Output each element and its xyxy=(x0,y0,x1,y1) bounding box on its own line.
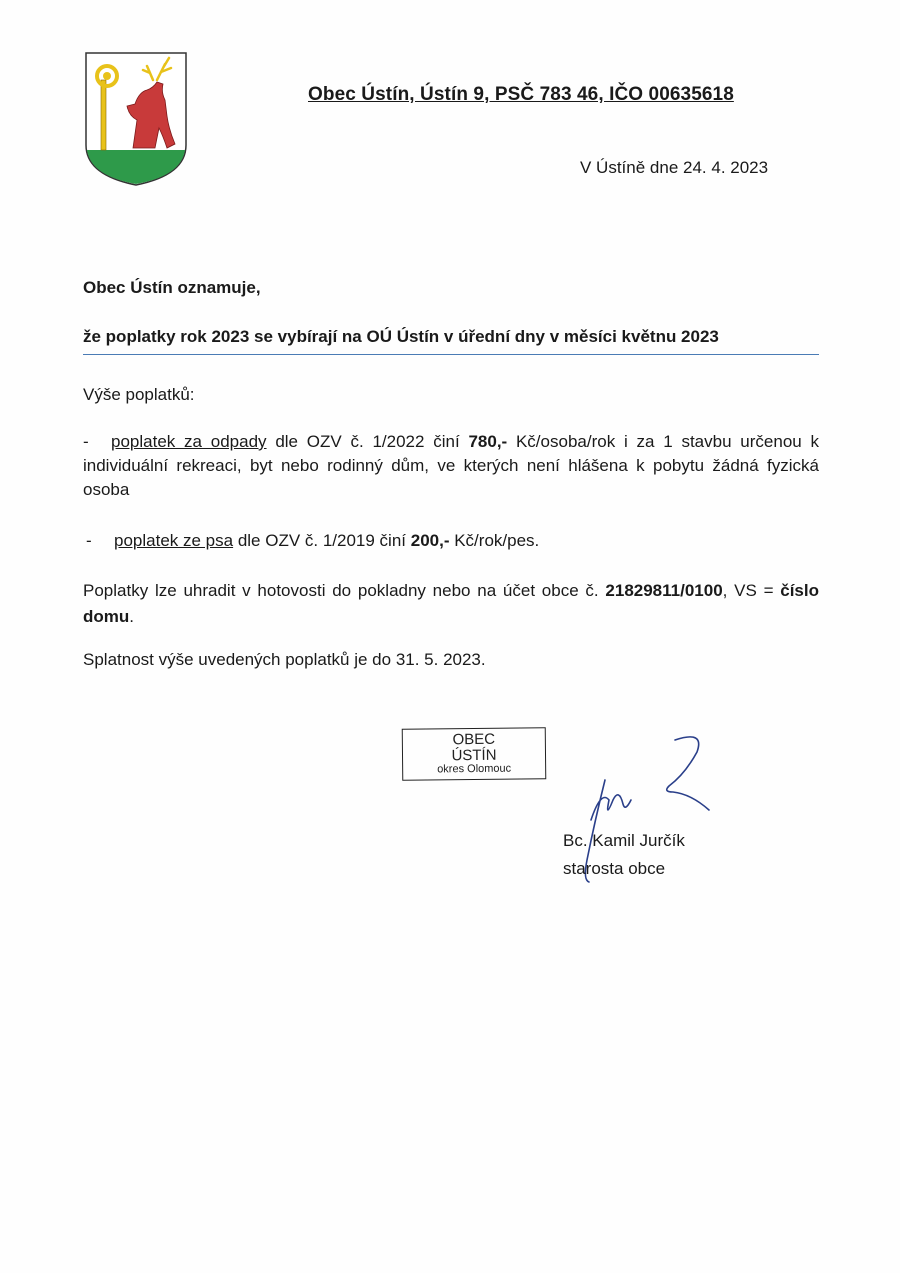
signatory-role: starosta obce xyxy=(563,855,685,883)
signatory-name: Bc. Kamil Jurčík xyxy=(563,827,685,855)
document-page: Obec Ústín, Ústín 9, PSČ 783 46, IČO 006… xyxy=(0,0,900,1273)
announcement-subject: že poplatky rok 2023 se vybírají na OÚ Ú… xyxy=(83,327,819,355)
list-bullet: - xyxy=(83,430,111,454)
fee-text: Kč/rok/pes. xyxy=(450,531,540,550)
fee-name: poplatek ze psa xyxy=(114,531,233,550)
stamp-line: okres Olomouc xyxy=(403,762,545,776)
payment-text: , VS = xyxy=(723,581,781,600)
signatory: Bc. Kamil Jurčík starosta obce xyxy=(563,827,685,883)
list-bullet: - xyxy=(86,529,114,553)
payment-text: Poplatky lze uhradit v hotovosti do pokl… xyxy=(83,581,605,600)
document-date: V Ústíně dne 24. 4. 2023 xyxy=(580,158,768,178)
municipality-header: Obec Ústín, Ústín 9, PSČ 783 46, IČO 006… xyxy=(308,84,734,106)
fee-text: dle OZV č. 1/2022 činí xyxy=(267,432,469,451)
fee-amount: 200,- xyxy=(411,531,450,550)
due-date: Splatnost výše uvedených poplatků je do … xyxy=(83,650,486,670)
fee-item-dog: -poplatek ze psa dle OZV č. 1/2019 činí … xyxy=(86,529,822,553)
coat-of-arms-icon xyxy=(83,50,189,188)
official-stamp: OBEC ÚSTÍN okres Olomouc xyxy=(402,727,547,781)
bank-account: 21829811/0100 xyxy=(605,581,722,600)
payment-text: . xyxy=(129,607,134,626)
stamp-line: ÚSTÍN xyxy=(403,747,545,763)
payment-info: Poplatky lze uhradit v hotovosti do pokl… xyxy=(83,578,819,630)
fees-heading: Výše poplatků: xyxy=(83,385,195,405)
announcement-heading: Obec Ústín oznamuje, xyxy=(83,278,261,298)
fee-name: poplatek za odpady xyxy=(111,432,267,451)
fee-item-waste: -poplatek za odpady dle OZV č. 1/2022 či… xyxy=(83,430,819,502)
fee-amount: 780,- xyxy=(468,432,507,451)
fee-text: dle OZV č. 1/2019 činí xyxy=(233,531,411,550)
